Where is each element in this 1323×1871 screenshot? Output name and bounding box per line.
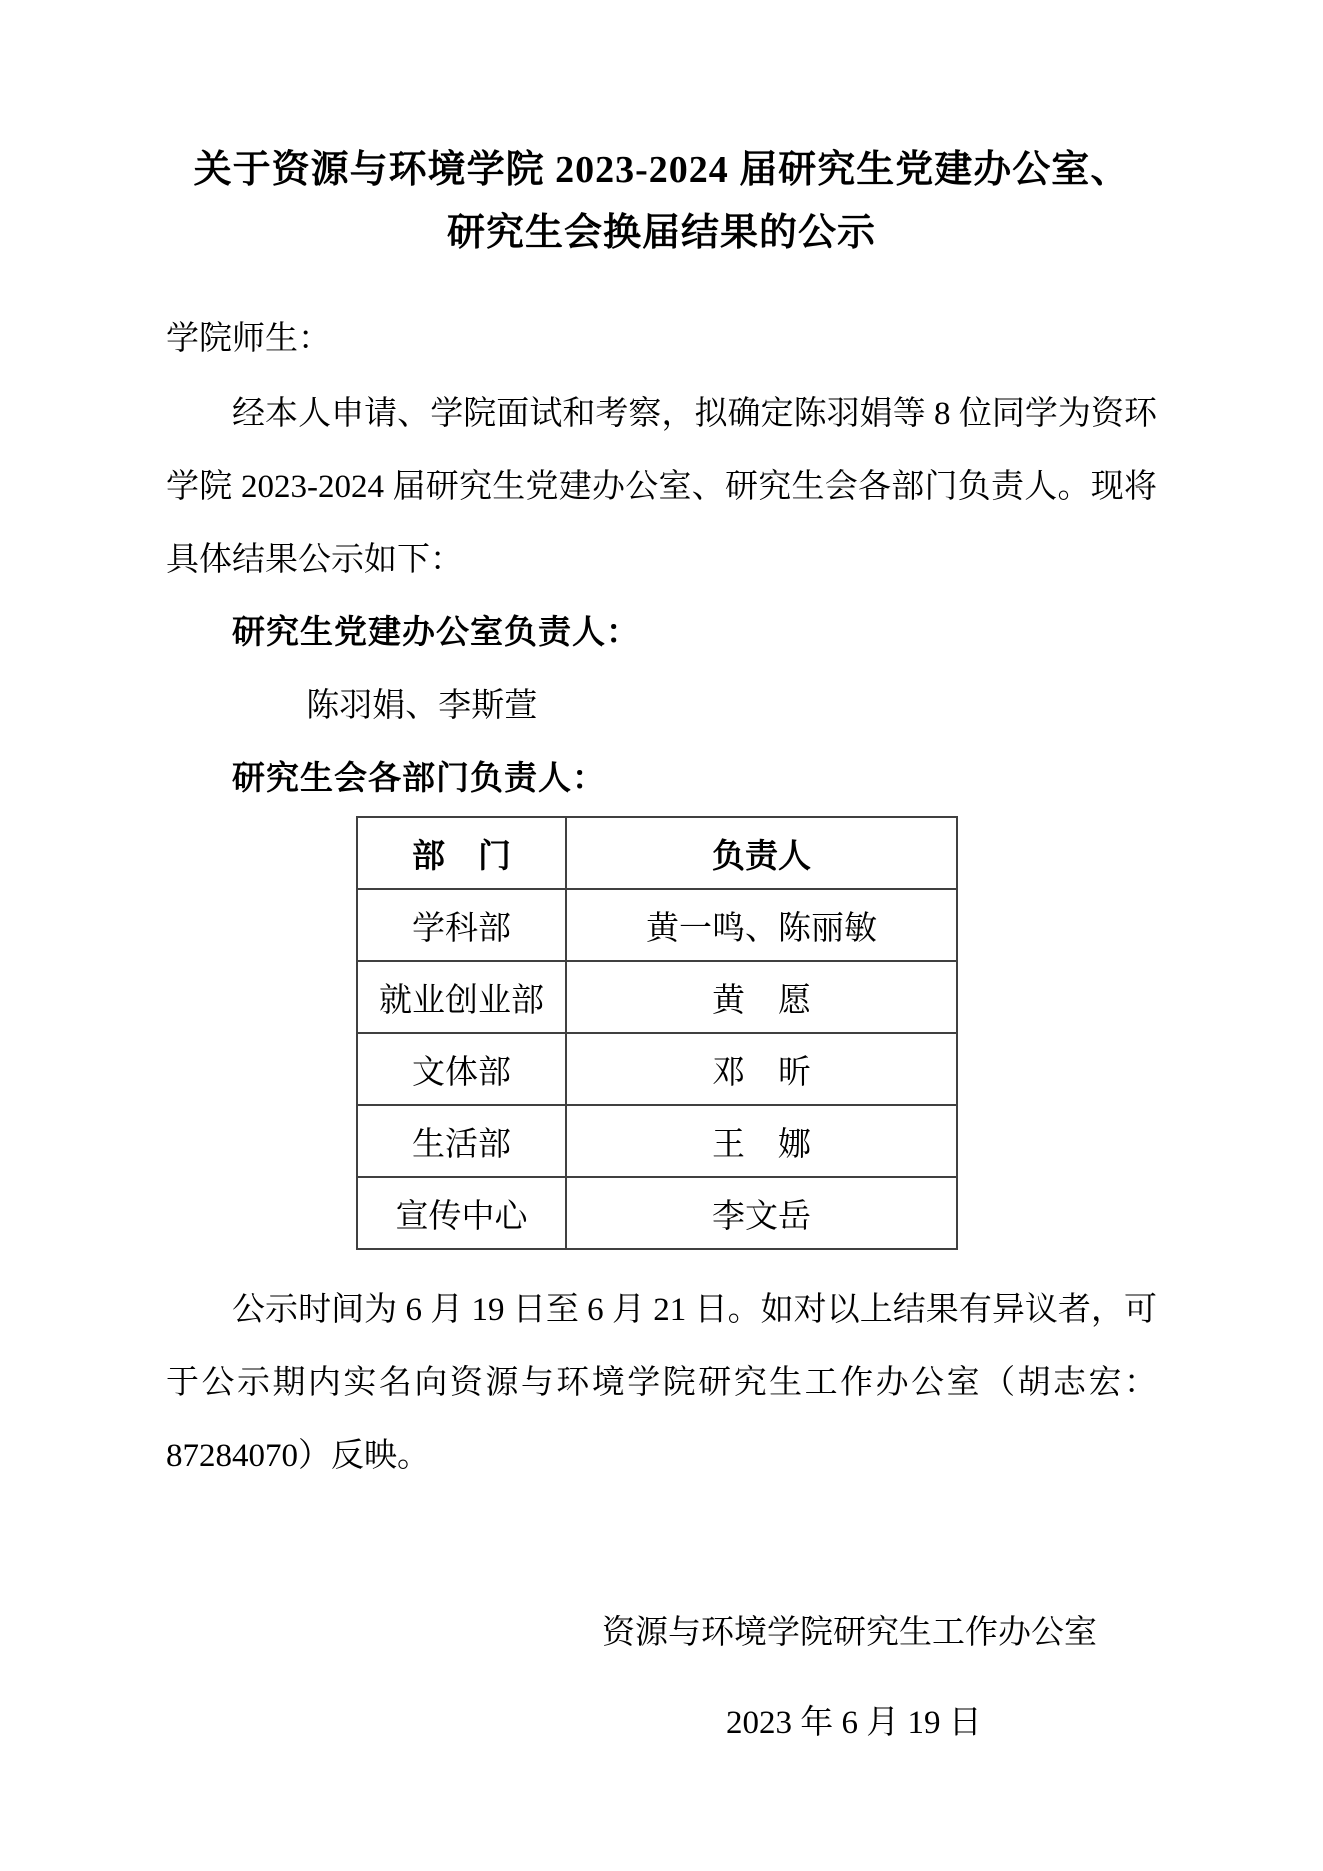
table-row: 生活部 王 娜 [357,1105,957,1177]
section-heading-party-office: 研究生党建办公室负责人： [166,597,1157,670]
department-cell: 生活部 [357,1105,566,1177]
signature-office: 资源与环境学院研究生工作办公室 [602,1611,1157,1655]
document-title-line2: 研究生会换届结果的公示 [166,208,1157,258]
table-row: 就业创业部 黄 愿 [357,961,957,1033]
closing-paragraph: 公示时间为 6 月 19 日至 6 月 21 日。如对以上结果有异议者，可于公示… [166,1274,1157,1493]
department-cell: 学科部 [357,889,566,961]
leader-cell: 邓 昕 [566,1033,957,1105]
leader-cell: 黄 愿 [566,961,957,1033]
department-cell: 文体部 [357,1033,566,1105]
table-header-department: 部 门 [357,817,566,889]
department-cell: 宣传中心 [357,1177,566,1249]
department-cell: 就业创业部 [357,961,566,1033]
table-row: 宣传中心 李文岳 [357,1177,957,1249]
leader-cell: 王 娜 [566,1105,957,1177]
leader-cell: 李文岳 [566,1177,957,1249]
department-table: 部 门 负责人 学科部 黄一鸣、陈丽敏 就业创业部 黄 愿 文体部 邓 昕 生活… [356,816,958,1250]
table-header-row: 部 门 负责人 [357,817,957,889]
table-header-leader: 负责人 [566,817,957,889]
salutation: 学院师生： [166,318,1157,360]
document-title-line1: 关于资源与环境学院 2023-2024 届研究生党建办公室、 [166,145,1157,195]
announcement-document: 关于资源与环境学院 2023-2024 届研究生党建办公室、 研究生会换届结果的… [0,0,1323,1871]
table-row: 文体部 邓 昕 [357,1033,957,1105]
table-row: 学科部 黄一鸣、陈丽敏 [357,889,957,961]
section-heading-grad-union: 研究生会各部门负责人： [166,743,1157,816]
signature-date: 2023 年 6 月 19 日 [726,1701,1157,1745]
leader-cell: 黄一鸣、陈丽敏 [566,889,957,961]
intro-paragraph: 经本人申请、学院面试和考察，拟确定陈羽娟等 8 位同学为资环学院 2023-20… [166,378,1157,597]
party-office-names: 陈羽娟、李斯萱 [166,670,1157,743]
